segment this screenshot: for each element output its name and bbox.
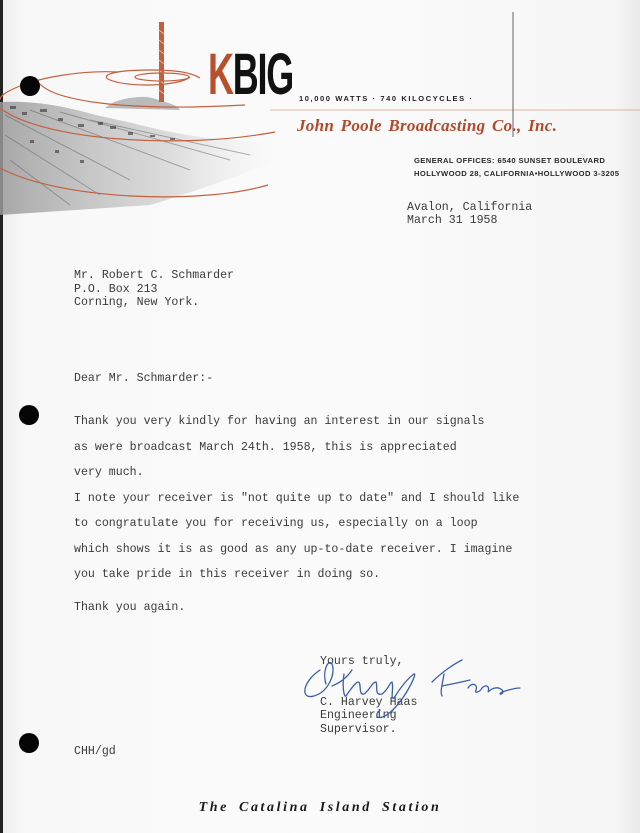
letter-page: KBIG 10,000 WATTS · 740 KILOCYCLES · Joh…: [0, 0, 640, 833]
body-line: as were broadcast March 24th. 1958, this…: [74, 435, 519, 461]
punch-hole: [19, 733, 39, 753]
letterhead-artwork: [0, 0, 640, 220]
office-address-line: HOLLYWOOD 28, CALIFORNIA•HOLLYWOOD 3-320…: [414, 167, 619, 180]
power-frequency: 10,000 WATTS · 740 KILOCYCLES ·: [299, 94, 474, 103]
signer-title: Supervisor.: [320, 723, 417, 737]
punch-hole: [20, 76, 40, 96]
station-call-sign: KBIG: [208, 46, 293, 104]
address-line: Corning, New York.: [74, 296, 234, 310]
letter-body: Thank you very kindly for having an inte…: [74, 409, 519, 588]
footer-tagline: The Catalina Island Station: [0, 800, 640, 816]
date: March 31 1958: [407, 214, 532, 227]
salutation: Dear Mr. Schmarder:-: [74, 372, 213, 385]
handwritten-signature: [292, 652, 532, 722]
call-sign-k: K: [208, 42, 233, 107]
date-block: Avalon, CaliforniaMarch 31 1958: [407, 201, 532, 227]
punch-hole: [19, 405, 39, 425]
office-address-line: GENERAL OFFICES: 6540 SUNSET BOULEVARD: [414, 154, 619, 167]
body-line: Thank you very kindly for having an inte…: [74, 409, 519, 435]
body-line: which shows it is as good as any up-to-d…: [74, 537, 519, 563]
reference-initials: CHH/gd: [74, 745, 116, 758]
recipient-address: Mr. Robert C. SchmarderP.O. Box 213Corni…: [74, 269, 234, 310]
address-line: P.O. Box 213: [74, 283, 234, 297]
body-line: to congratulate you for receiving us, es…: [74, 511, 519, 537]
body-line: I note your receiver is "not quite up to…: [74, 486, 519, 512]
company-name: John Poole Broadcasting Co., Inc.: [297, 116, 557, 136]
body-line: you take pride in this receiver in doing…: [74, 562, 519, 588]
address-line: Mr. Robert C. Schmarder: [74, 269, 234, 283]
office-address: GENERAL OFFICES: 6540 SUNSET BOULEVARD H…: [414, 154, 619, 180]
place: Avalon, California: [407, 201, 532, 214]
closing-remark: Thank you again.: [74, 601, 185, 614]
call-sign-rest: BIG: [233, 42, 293, 107]
body-line: very much.: [74, 460, 519, 486]
